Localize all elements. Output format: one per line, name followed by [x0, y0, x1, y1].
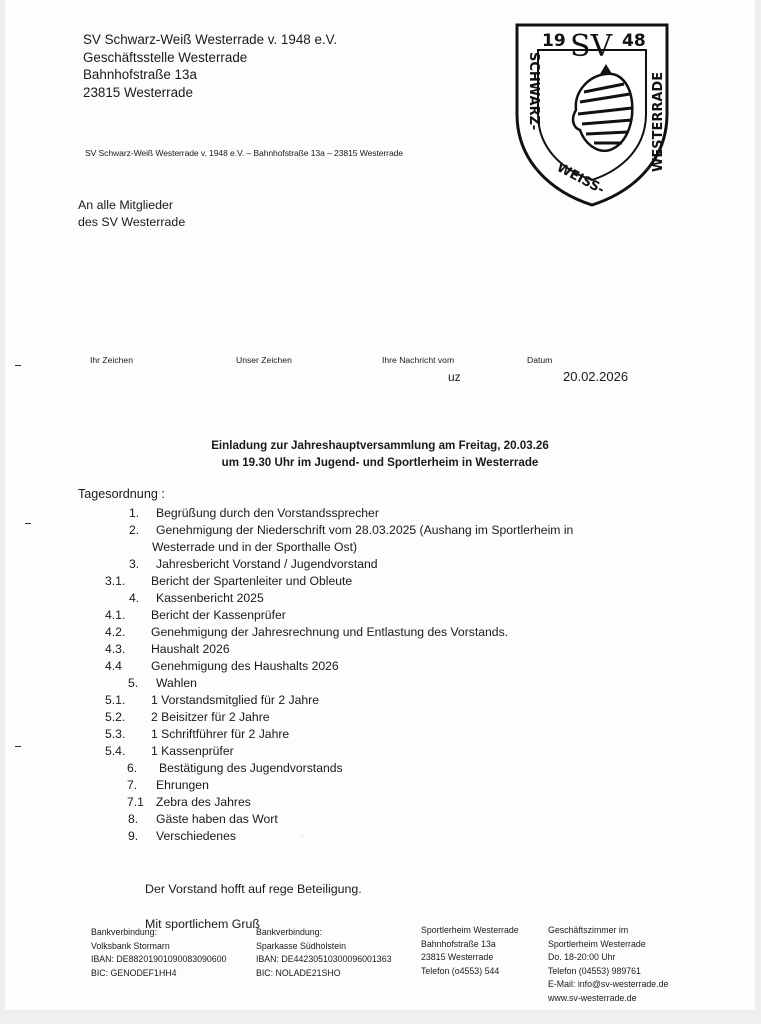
fold-mark [15, 746, 21, 747]
agenda-item-number: 1. [129, 505, 139, 522]
agenda-item-number: 4.1. [105, 607, 125, 624]
unser-zeichen-label: Unser Zeichen [236, 355, 292, 365]
agenda-item-text: Begrüßung durch den Vorstandssprecher [156, 505, 379, 522]
footer-bank-name: Sparkasse Südholstein [256, 940, 392, 954]
agenda-item-text: 1 Kassenprüfer [151, 743, 234, 760]
svg-text:19: 19 [542, 31, 566, 51]
agenda-item-text: Westerrade und in der Sporthalle Ost) [152, 539, 357, 556]
agenda-title: Tagesordnung : [78, 487, 165, 501]
agenda-item-number: 6. [127, 760, 137, 777]
subject: Einladung zur Jahreshauptversammlung am … [5, 437, 755, 471]
agenda-item-number: 7. [127, 777, 137, 794]
svg-text:48: 48 [622, 31, 646, 51]
footer-office: Geschäftszimmer im Sportlerheim Westerra… [548, 924, 668, 1005]
svg-text:SV: SV [570, 29, 614, 64]
agenda-item-number: 8. [128, 811, 138, 828]
agenda-item-text: Bericht der Spartenleiter und Obleute [151, 573, 352, 590]
footer-office-phone: Telefon (04553) 989761 [548, 965, 668, 979]
svg-text:SCHWARZ-: SCHWARZ- [526, 52, 541, 130]
club-logo: 19 SV 48 SCHWARZ- WEISS- WESTERRADE [514, 22, 670, 208]
agenda-item-text: Ehrungen [156, 777, 209, 794]
sender-line: Bahnhofstraße 13a [83, 66, 337, 84]
footer-clubhouse: Sportlerheim Westerrade Bahnhofstraße 13… [421, 924, 519, 978]
svg-text:WESTERRADE: WESTERRADE [651, 72, 666, 172]
sender-line: SV Schwarz-Weiß Westerrade v. 1948 e.V. [83, 31, 337, 49]
recipient-address: An alle Mitglieder des SV Westerrade [78, 197, 185, 231]
ihre-nachricht-value: uz [448, 370, 461, 384]
footer-iban: IBAN: DE44230510300096001363 [256, 953, 392, 967]
footer-label: Bankverbindung: [91, 926, 227, 940]
agenda-item-text: Jahresbericht Vorstand / Jugendvorstand [156, 556, 378, 573]
footer-clubhouse-city: 23815 Westerrade [421, 951, 519, 965]
agenda-item-number: 3. [129, 556, 139, 573]
sender-line: 23815 Westerrade [83, 84, 337, 102]
ihre-nachricht-label: Ihre Nachricht vom [382, 355, 454, 365]
agenda-item-number: 2. [129, 522, 139, 539]
agenda-item-number: 4.4 [105, 658, 122, 675]
ihr-zeichen-label: Ihr Zeichen [90, 355, 133, 365]
footer-clubhouse-phone: Telefon (o4553) 544 [421, 965, 519, 979]
agenda-item-text: Zebra des Jahres [156, 794, 251, 811]
recipient-line: des SV Westerrade [78, 214, 185, 231]
footer-bic: BIC: GENODEF1HH4 [91, 967, 227, 981]
subject-line: Einladung zur Jahreshauptversammlung am … [5, 437, 755, 454]
footer-clubhouse-street: Bahnhofstraße 13a [421, 938, 519, 952]
footer-office-email: E-Mail: info@sv-westerrade.de [548, 978, 668, 992]
footer-office-web: www.sv-westerrade.de [548, 992, 668, 1006]
agenda-item-text: 2 Beisitzer für 2 Jahre [151, 709, 270, 726]
agenda-item-text: Verschiedenes [156, 828, 236, 845]
agenda-item-number: 5.4. [105, 743, 125, 760]
agenda-item-number: 5. [128, 675, 138, 692]
agenda-item-number: 9. [128, 828, 138, 845]
closing-hope: Der Vorstand hofft auf rege Beteiligung. [145, 882, 362, 896]
footer-office-line: Sportlerheim Westerrade [548, 938, 668, 952]
agenda-item-text: Genehmigung des Haushalts 2026 [151, 658, 339, 675]
subject-line: um 19.30 Uhr im Jugend- und Sportlerheim… [5, 454, 755, 471]
letter-page: SV Schwarz-Weiß Westerrade v. 1948 e.V. … [5, 0, 755, 1010]
footer-office-line: Geschäftszimmer im [548, 924, 668, 938]
agenda-item-text: Haushalt 2026 [151, 641, 230, 658]
datum-label: Datum [527, 355, 552, 365]
agenda-item-text: Bericht der Kassenprüfer [151, 607, 286, 624]
sender-address: SV Schwarz-Weiß Westerrade v. 1948 e.V. … [83, 31, 337, 101]
fold-mark [15, 365, 21, 366]
footer-bank-name: Volksbank Stormarn [91, 940, 227, 954]
footer-clubhouse-name: Sportlerheim Westerrade [421, 924, 519, 938]
agenda-item-number: 5.1. [105, 692, 125, 709]
agenda-item-number: 5.3. [105, 726, 125, 743]
agenda-item-text: 1 Vorstandsmitglied für 2 Jahre [151, 692, 319, 709]
scan-speck: ·:· [299, 833, 305, 839]
agenda-item-text: Gäste haben das Wort [156, 811, 278, 828]
recipient-line: An alle Mitglieder [78, 197, 185, 214]
return-address-line: SV Schwarz-Weiß Westerrade v. 1948 e.V. … [85, 148, 403, 158]
punch-mark [25, 523, 31, 524]
agenda-item-text: Bestätigung des Jugendvorstands [159, 760, 343, 777]
agenda-item-number: 4.2. [105, 624, 125, 641]
agenda-item-text: Genehmigung der Jahresrechnung und Entla… [151, 624, 508, 641]
agenda-item-number: 4.3. [105, 641, 125, 658]
agenda-item-text: Kassenbericht 2025 [156, 590, 264, 607]
agenda-item-number: 7.1 [127, 794, 144, 811]
sender-line: Geschäftsstelle Westerrade [83, 49, 337, 67]
agenda-item-text: Wahlen [156, 675, 197, 692]
agenda-item-text: 1 Schriftführer für 2 Jahre [151, 726, 289, 743]
agenda-item-number: 4. [129, 590, 139, 607]
footer-iban: IBAN: DE88201901090083090600 [91, 953, 227, 967]
agenda-item-number: 5.2. [105, 709, 125, 726]
footer-bic: BIC: NOLADE21SHO [256, 967, 392, 981]
footer-label: Bankverbindung: [256, 926, 392, 940]
footer-office-hours: Do. 18-20:00 Uhr [548, 951, 668, 965]
agenda-item-number: 3.1. [105, 573, 125, 590]
footer-bank-2: Bankverbindung: Sparkasse Südholstein IB… [256, 926, 392, 980]
agenda-item-text: Genehmigung der Niederschrift vom 28.03.… [156, 522, 573, 539]
footer-bank-1: Bankverbindung: Volksbank Stormarn IBAN:… [91, 926, 227, 980]
date-value: 20.02.2026 [563, 369, 628, 384]
